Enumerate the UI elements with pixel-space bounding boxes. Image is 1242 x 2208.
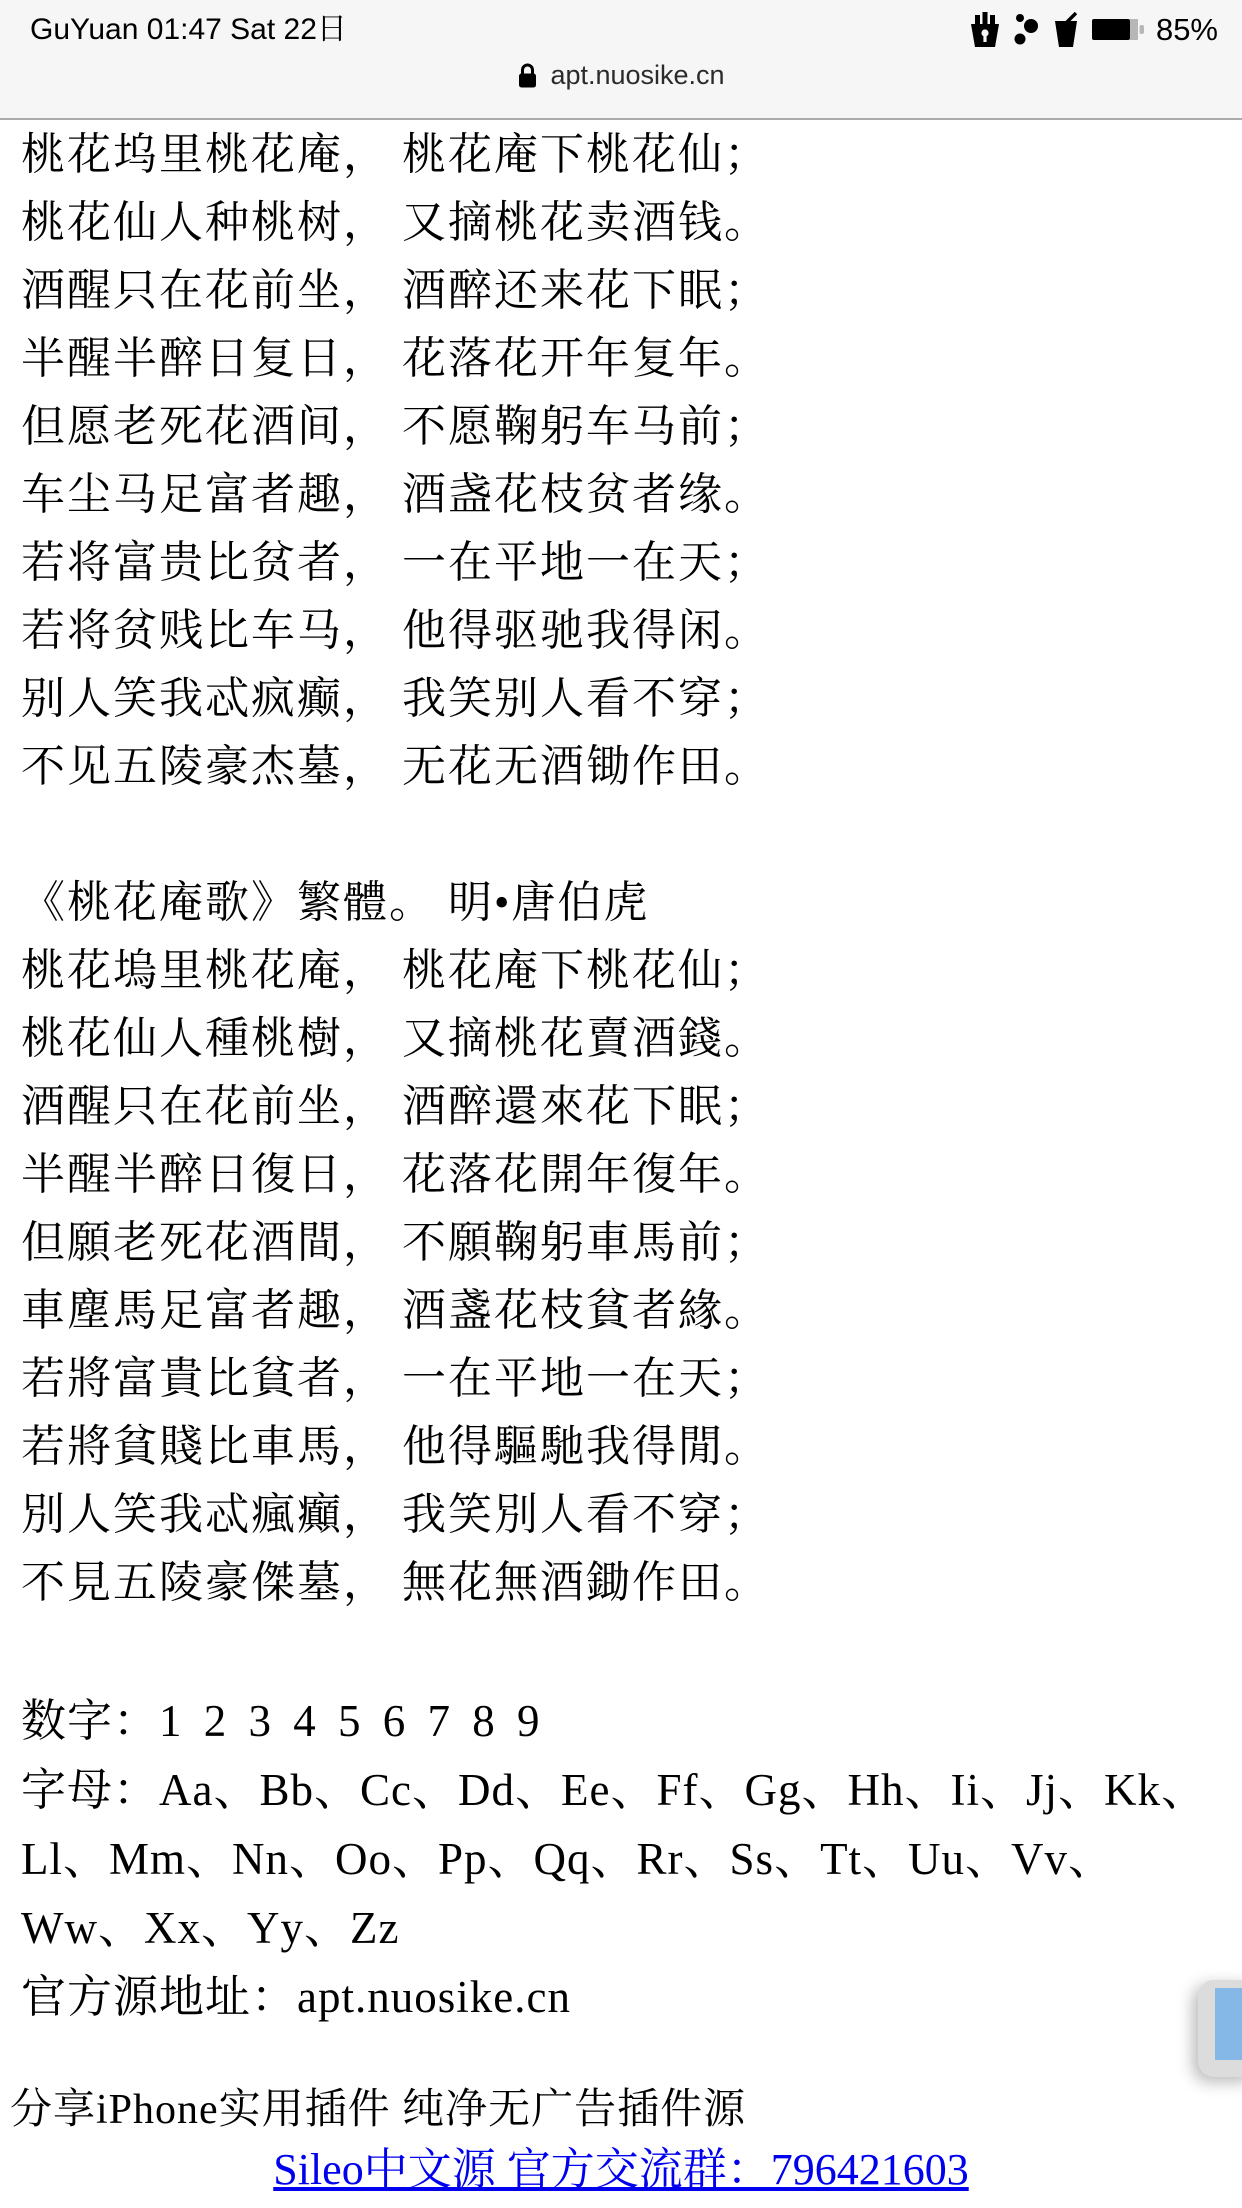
poem-line-traditional: 半醒半醉日復日， 花落花開年復年。 xyxy=(21,1141,1242,1209)
drink-icon xyxy=(1051,12,1081,48)
battery-percent: 85% xyxy=(1156,12,1218,48)
letters-label: 字母： xyxy=(21,1765,159,1815)
numbers-line: 数字：1 2 3 4 5 6 7 8 9 xyxy=(21,1687,1242,1756)
poem-line-simplified: 不见五陵豪杰墓， 无花无酒锄作田。 xyxy=(21,733,1242,801)
poem-line-traditional: 若將貧賤比車馬， 他得驅馳我得閒。 xyxy=(21,1413,1242,1481)
page-content: 桃花坞里桃花庵， 桃花庵下桃花仙； 桃花仙人种桃树， 又摘桃花卖酒钱。 酒醒只在… xyxy=(0,121,1242,2200)
font-samples: 数字：1 2 3 4 5 6 7 8 9 字母：Aa、Bb、Cc、Dd、Ee、F… xyxy=(21,1687,1242,2032)
poem-line-simplified: 若将贫贱比车马， 他得驱驰我得闲。 xyxy=(21,597,1242,665)
poem-line-traditional: 車塵馬足富者趣， 酒盞花枝貧者緣。 xyxy=(21,1277,1242,1345)
poem-line-traditional: 酒醒只在花前坐， 酒醉還來花下眠； xyxy=(21,1073,1242,1141)
poem-line-traditional: 桃花仙人種桃樹， 又摘桃花賣酒錢。 xyxy=(21,1005,1242,1073)
sileo-group-link[interactable]: Sileo中文源 官方交流群：796421603 xyxy=(273,2145,968,2194)
battery-icon xyxy=(1092,17,1145,43)
floating-widget-thumbnail xyxy=(1215,1988,1242,2060)
letters-line-1: 字母：Aa、Bb、Cc、Dd、Ee、Ff、Gg、Hh、Ii、Jj、Kk、 xyxy=(21,1756,1242,1825)
footer-link-row: Sileo中文源 官方交流群：796421603 xyxy=(0,2140,1242,2200)
status-time-carrier: GuYuan 01:47 Sat 22日 xyxy=(30,4,347,48)
poem-line-simplified: 酒醒只在花前坐， 酒醉还来花下眠； xyxy=(21,257,1242,325)
poem-line-simplified: 若将富贵比贫者， 一在平地一在天； xyxy=(21,529,1242,597)
letters-value-1: Aa、Bb、Cc、Dd、Ee、Ff、Gg、Hh、Ii、Jj、Kk、 xyxy=(159,1765,1207,1815)
poem-line-traditional: 桃花塢里桃花庵， 桃花庵下桃花仙； xyxy=(21,937,1242,1005)
source-address-line: 官方源地址：apt.nuosike.cn xyxy=(21,1963,1242,2032)
poem-line-traditional: 但願老死花酒間， 不願鞠躬車馬前； xyxy=(21,1209,1242,1277)
poem-line-traditional: 不見五陵豪傑墓， 無花無酒鋤作田。 xyxy=(21,1549,1242,1617)
source-label: 官方源地址： xyxy=(21,1972,297,2022)
section-spacer xyxy=(21,801,1242,869)
source-value: apt.nuosike.cn xyxy=(297,1972,571,2022)
letters-line-3: Ww、Xx、Yy、Zz xyxy=(21,1894,1242,1963)
url-bar[interactable]: apt.nuosike.cn xyxy=(0,48,1242,130)
poem-line-simplified: 桃花坞里桃花庵， 桃花庵下桃花仙； xyxy=(21,121,1242,189)
poem-line-simplified: 但愿老死花酒间， 不愿鞠躬车马前； xyxy=(21,393,1242,461)
poem-section-title: 《桃花庵歌》繁體。 明•唐伯虎 xyxy=(21,869,1242,937)
fries-icon xyxy=(969,12,1001,48)
poem-line-simplified: 半醒半醉日复日， 花落花开年复年。 xyxy=(21,325,1242,393)
poem-line-simplified: 车尘马足富者趣， 酒盏花枝贫者缘。 xyxy=(21,461,1242,529)
poem-line-traditional: 若將富貴比貧者， 一在平地一在天； xyxy=(21,1345,1242,1413)
bubbles-icon xyxy=(1012,12,1040,48)
lock-icon xyxy=(517,60,538,89)
share-text: 分享iPhone实用插件 纯净无广告插件源 xyxy=(10,2080,1242,2140)
poem-line-simplified: 桃花仙人种桃树， 又摘桃花卖酒钱。 xyxy=(21,189,1242,257)
numbers-value: 1 2 3 4 5 6 7 8 9 xyxy=(159,1696,541,1746)
poem-line-simplified: 别人笑我忒疯癫， 我笑别人看不穿； xyxy=(21,665,1242,733)
status-icons: 85% xyxy=(969,12,1218,48)
status-bar: GuYuan 01:47 Sat 22日 xyxy=(0,0,1242,48)
floating-widget[interactable] xyxy=(1198,1980,1242,2077)
url-domain: apt.nuosike.cn xyxy=(550,60,724,91)
numbers-label: 数字： xyxy=(21,1696,159,1746)
browser-header: GuYuan 01:47 Sat 22日 xyxy=(0,0,1242,120)
poem-line-traditional: 別人笑我忒瘋癲， 我笑別人看不穿； xyxy=(21,1481,1242,1549)
letters-line-2: Ll、Mm、Nn、Oo、Pp、Qq、Rr、Ss、Tt、Uu、Vv、 xyxy=(21,1825,1242,1894)
